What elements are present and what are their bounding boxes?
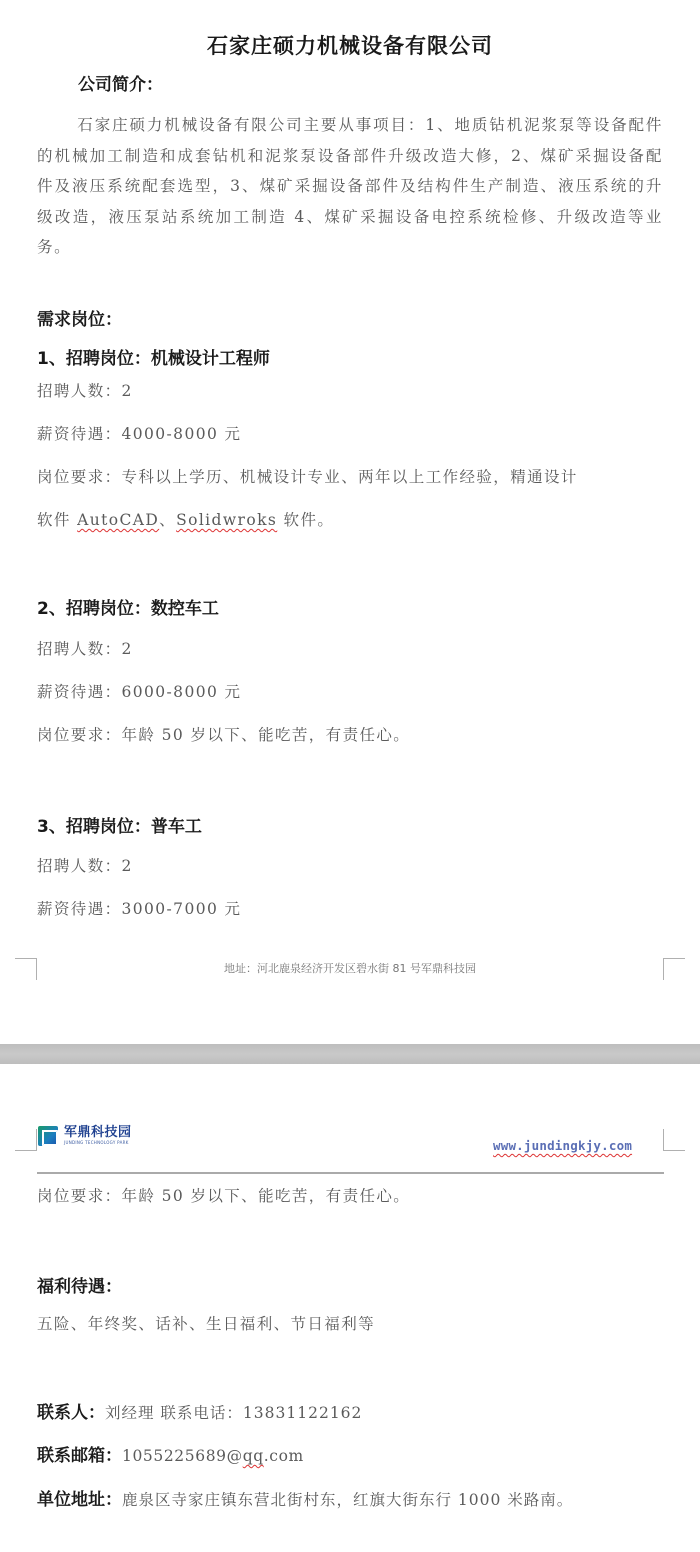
software-autocad: AutoCAD	[77, 511, 159, 529]
header-divider	[37, 1172, 664, 1174]
contact-email-row: 联系邮箱：1055225689@qq.com	[37, 1441, 304, 1472]
requirement-sep: 、	[159, 511, 176, 529]
position-3-headcount: 招聘人数：2	[37, 851, 133, 882]
contact-address-label: 单位地址：	[37, 1490, 122, 1510]
position-2-salary: 薪资待遇：6000-8000 元	[37, 677, 241, 708]
page-break-gap	[0, 1044, 700, 1064]
position-1-salary: 薪资待遇：4000-8000 元	[37, 419, 241, 450]
benefits-text: 五险、年终奖、话补、生日福利、节日福利等	[37, 1309, 375, 1340]
junding-logo: 军鼎科技园 JUNDING TECHNOLOGY PARK	[38, 1126, 132, 1146]
contact-person-label: 联系人：	[37, 1403, 105, 1423]
website-link[interactable]: www.jundingkjy.com	[493, 1138, 632, 1153]
position-3-requirement: 岗位要求：年龄 50 岁以下、能吃苦，有责任心。	[37, 1181, 410, 1212]
contact-email-label: 联系邮箱：	[37, 1446, 122, 1466]
requirement-text: 软件。	[277, 511, 334, 529]
crop-mark-top-right	[663, 1129, 685, 1151]
logo-icon	[38, 1126, 58, 1146]
position-1-requirement-line1: 岗位要求：专科以上学历、机械设计专业、两年以上工作经验，精通设计	[37, 462, 667, 493]
contact-email-tld: .com	[264, 1447, 304, 1465]
requirement-text: 软件	[37, 511, 77, 529]
contact-email-domain: qq	[243, 1447, 264, 1465]
intro-paragraph: 石家庄硕力机械设备有限公司主要从事项目：1、地质钻机泥浆泵等设备配件的机械加工制…	[37, 110, 663, 263]
contact-email-user: 1055225689@	[122, 1447, 243, 1465]
software-solidworks: Solidwroks	[176, 511, 277, 529]
position-1-requirement-line2: 软件 AutoCAD、Solidwroks 软件。	[37, 505, 334, 536]
benefits-heading: 福利待遇：	[37, 1272, 122, 1297]
position-2-title: 2、招聘岗位：数控车工	[37, 594, 219, 619]
contact-person-row: 联系人：刘经理 联系电话：13831122162	[37, 1398, 362, 1429]
footer-address: 地址：河北鹿泉经济开发区碧水街 81 号军鼎科技园	[0, 960, 700, 976]
position-3-salary: 薪资待遇：3000-7000 元	[37, 894, 241, 925]
position-2-requirement: 岗位要求：年龄 50 岁以下、能吃苦，有责任心。	[37, 720, 410, 751]
company-title: 石家庄硕力机械设备有限公司	[0, 30, 700, 60]
intro-heading: 公司简介：	[78, 70, 163, 95]
position-1-title: 1、招聘岗位：机械设计工程师	[37, 344, 270, 369]
logo-en-text: JUNDING TECHNOLOGY PARK	[64, 1140, 132, 1146]
position-1-headcount: 招聘人数：2	[37, 376, 133, 407]
position-2-headcount: 招聘人数：2	[37, 634, 133, 665]
contact-address-value: 鹿泉区寺家庄镇东营北街村东，红旗大街东行 1000 米路南。	[122, 1491, 573, 1509]
positions-heading: 需求岗位：	[37, 305, 122, 330]
contact-person-value: 刘经理 联系电话：13831122162	[105, 1404, 362, 1422]
contact-address-row: 单位地址：鹿泉区寺家庄镇东营北街村东，红旗大街东行 1000 米路南。	[37, 1485, 573, 1516]
crop-mark-top-left	[15, 1129, 37, 1151]
position-3-title: 3、招聘岗位：普车工	[37, 812, 202, 837]
logo-cn-text: 军鼎科技园	[64, 1126, 132, 1140]
